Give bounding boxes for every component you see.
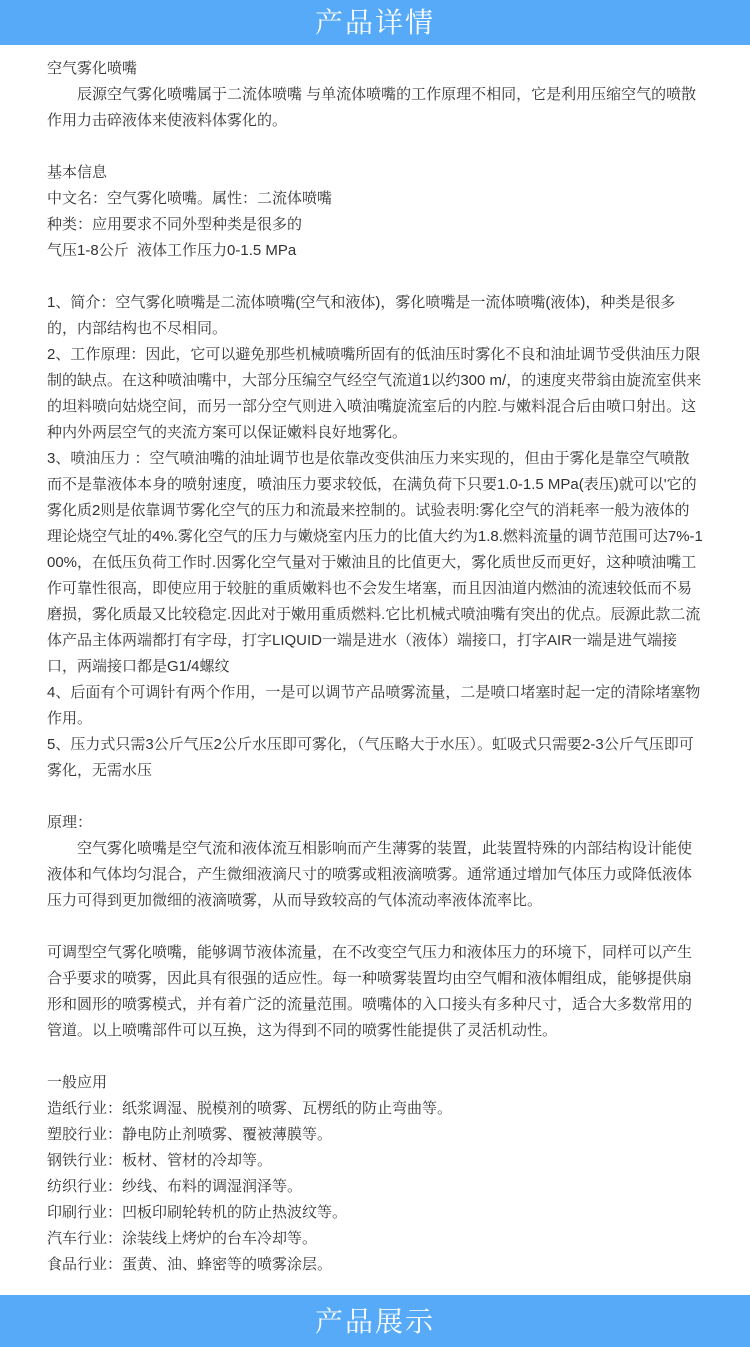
product-detail-page: 产品详情 空气雾化喷嘴辰源空气雾化喷嘴属于二流体喷嘴 与单流体喷嘴的工作原理不相… [0,0,750,1347]
paragraph: 气压1-8公斤 液体工作压力0-1.5 MPa [47,238,703,264]
product-display-banner-title: 产品展示 [315,1299,435,1344]
paragraph: 食品行业：蛋黄、油、蜂密等的喷雾涂层。 [47,1252,703,1278]
spacer [47,264,703,290]
paragraph: 可调型空气雾化喷嘴，能够调节液体流量，在不改变空气压力和液体压力的环境下，同样可… [47,940,703,1044]
spacer [47,134,703,160]
spacer [47,1044,703,1070]
paragraph: 空气雾化喷嘴 [47,56,703,82]
paragraph: 印刷行业：凹板印刷轮转机的防止热波纹等。 [47,1200,703,1226]
paragraph: 4、后面有个可调针有两个作用，一是可以调节产品喷雾流量，二是喷口堵塞时起一定的清… [47,680,703,732]
paragraph: 空气雾化喷嘴是空气流和液体流互相影响而产生薄雾的装置，此装置特殊的内部结构设计能… [47,836,703,914]
paragraph: 塑胶行业：静电防止剂喷雾、覆被薄膜等。 [47,1122,703,1148]
paragraph: 钢铁行业：板材、管材的冷却等。 [47,1148,703,1174]
paragraph: 种类：应用要求不同外型种类是很多的 [47,212,703,238]
paragraph: 基本信息 [47,160,703,186]
paragraph: 中文名：空气雾化喷嘴。属性：二流体喷嘴 [47,186,703,212]
paragraph: 造纸行业：纸浆调湿、脱模剂的喷雾、瓦楞纸的防止弯曲等。 [47,1096,703,1122]
paragraph: 一般应用 [47,1070,703,1096]
paragraph: 1、简介：空气雾化喷嘴是二流体喷嘴(空气和液体)，雾化喷嘴是一流体喷嘴(液体)，… [47,290,703,342]
paragraph: 汽车行业：涂装线上烤炉的台车冷却等。 [47,1226,703,1252]
product-description: 空气雾化喷嘴辰源空气雾化喷嘴属于二流体喷嘴 与单流体喷嘴的工作原理不相同，它是利… [0,45,750,1295]
paragraph: 2、工作原理：因此，它可以避免那些机械喷嘴所固有的低油压时雾化不良和油址调节受供… [47,342,703,446]
paragraph: 原理： [47,810,703,836]
paragraph: 辰源空气雾化喷嘴属于二流体喷嘴 与单流体喷嘴的工作原理不相同，它是利用压缩空气的… [47,82,703,134]
paragraph: 3、喷油压力 ：空气喷油嘴的油址调节也是依靠改变供油压力来实现的，但由于雾化是靠… [47,446,703,680]
product-detail-banner: 产品详情 [0,0,750,45]
product-detail-banner-title: 产品详情 [315,0,435,45]
spacer [47,914,703,940]
spacer [47,784,703,810]
paragraph: 纺织行业：纱线、布料的调湿润泽等。 [47,1174,703,1200]
product-display-banner: 产品展示 [0,1295,750,1347]
paragraph: 5、压力式只需3公斤气压2公斤水压即可雾化，（气压略大于水压）。虹吸式只需要2-… [47,732,703,784]
